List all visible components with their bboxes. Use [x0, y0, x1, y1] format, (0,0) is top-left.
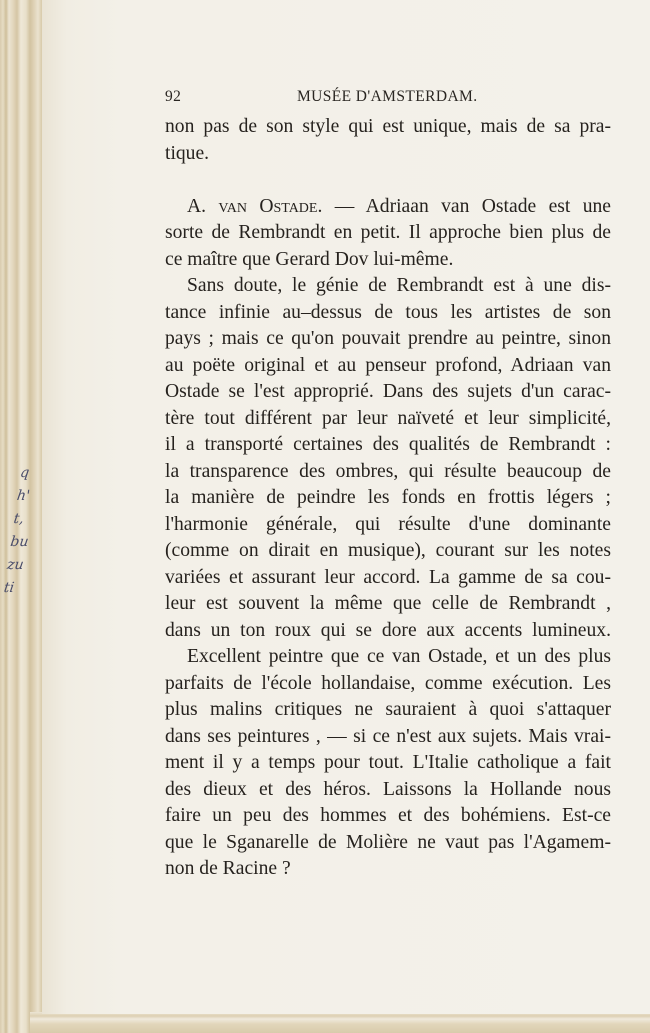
text-line: pays ; mais ce qu'on pouvait prendre au …: [165, 326, 611, 353]
text-line: (comme on dirait en musique), courant su…: [165, 538, 611, 565]
text-line: plus malins critiques ne sauraient à quo…: [165, 697, 611, 724]
section-heading-smallcaps: A. van Ostade.: [187, 196, 322, 217]
text-line: que le Sganarelle de Molière ne vaut pas…: [165, 830, 611, 857]
text-line: ce maître que Gerard Dov lui-même.: [165, 247, 611, 274]
text-line: parfaits de l'école hollandaise, comme e…: [165, 671, 611, 698]
margin-note: zu: [6, 554, 29, 577]
body-text: non pas de son style qui est unique, mai…: [165, 114, 611, 883]
blank-line: [165, 167, 611, 194]
text-line: tère tout différent par leur naïveté et …: [165, 406, 611, 433]
text-line: Ostade se l'est approprié. Dans des suje…: [165, 379, 611, 406]
text-line: dans ses peintures , — si ce n'est aux s…: [165, 724, 611, 751]
margin-note: t,: [12, 508, 35, 531]
text-line: faire un peu des hommes et des bohémiens…: [165, 803, 611, 830]
text-line: Excellent peintre que ce van Ostade, et …: [165, 644, 611, 671]
section-heading-rest: — Adriaan van Ostade est une: [322, 196, 611, 217]
text-line: la transparence des ombres, qui résulte …: [165, 459, 611, 486]
page-number: 92: [165, 88, 181, 106]
text-line: ment il y a temps pour tout. L'Italie ca…: [165, 750, 611, 777]
text-line: leur est souvent la même que celle de Re…: [165, 591, 611, 618]
text-line: au poëte original et au penseur profond,…: [165, 353, 611, 380]
text-line: sorte de Rembrandt en petit. Il approche…: [165, 220, 611, 247]
text-line: tance infinie au–dessus de tous les arti…: [165, 300, 611, 327]
section-heading-line: A. van Ostade. — Adriaan van Ostade est …: [165, 194, 611, 221]
running-header: 92 MUSÉE D'AMSTERDAM.: [165, 86, 611, 110]
text-line: l'harmonie générale, qui résulte d'une d…: [165, 512, 611, 539]
text-line: tique.: [165, 141, 611, 168]
text-line: il a transporté certaines des qualités d…: [165, 432, 611, 459]
text-line: non de Racine ?: [165, 856, 611, 883]
text-line: dans un ton roux qui se dore aux accents…: [165, 618, 611, 645]
text-line: variées et assurant leur accord. La gamm…: [165, 565, 611, 592]
text-line: non pas de son style qui est unique, mai…: [165, 114, 611, 141]
text-line: Sans doute, le génie de Rembrandt est à …: [165, 273, 611, 300]
margin-note: h': [15, 485, 38, 508]
text-line: des dieux et des héros. Laissons la Holl…: [165, 777, 611, 804]
margin-note: ti: [2, 577, 25, 600]
text-line: la manière de peindre les fonds en frott…: [165, 485, 611, 512]
margin-note: q: [18, 462, 41, 485]
bottom-page-edges: [30, 1012, 650, 1033]
running-head-title: MUSÉE D'AMSTERDAM.: [297, 88, 478, 106]
margin-note: bu: [9, 531, 32, 554]
